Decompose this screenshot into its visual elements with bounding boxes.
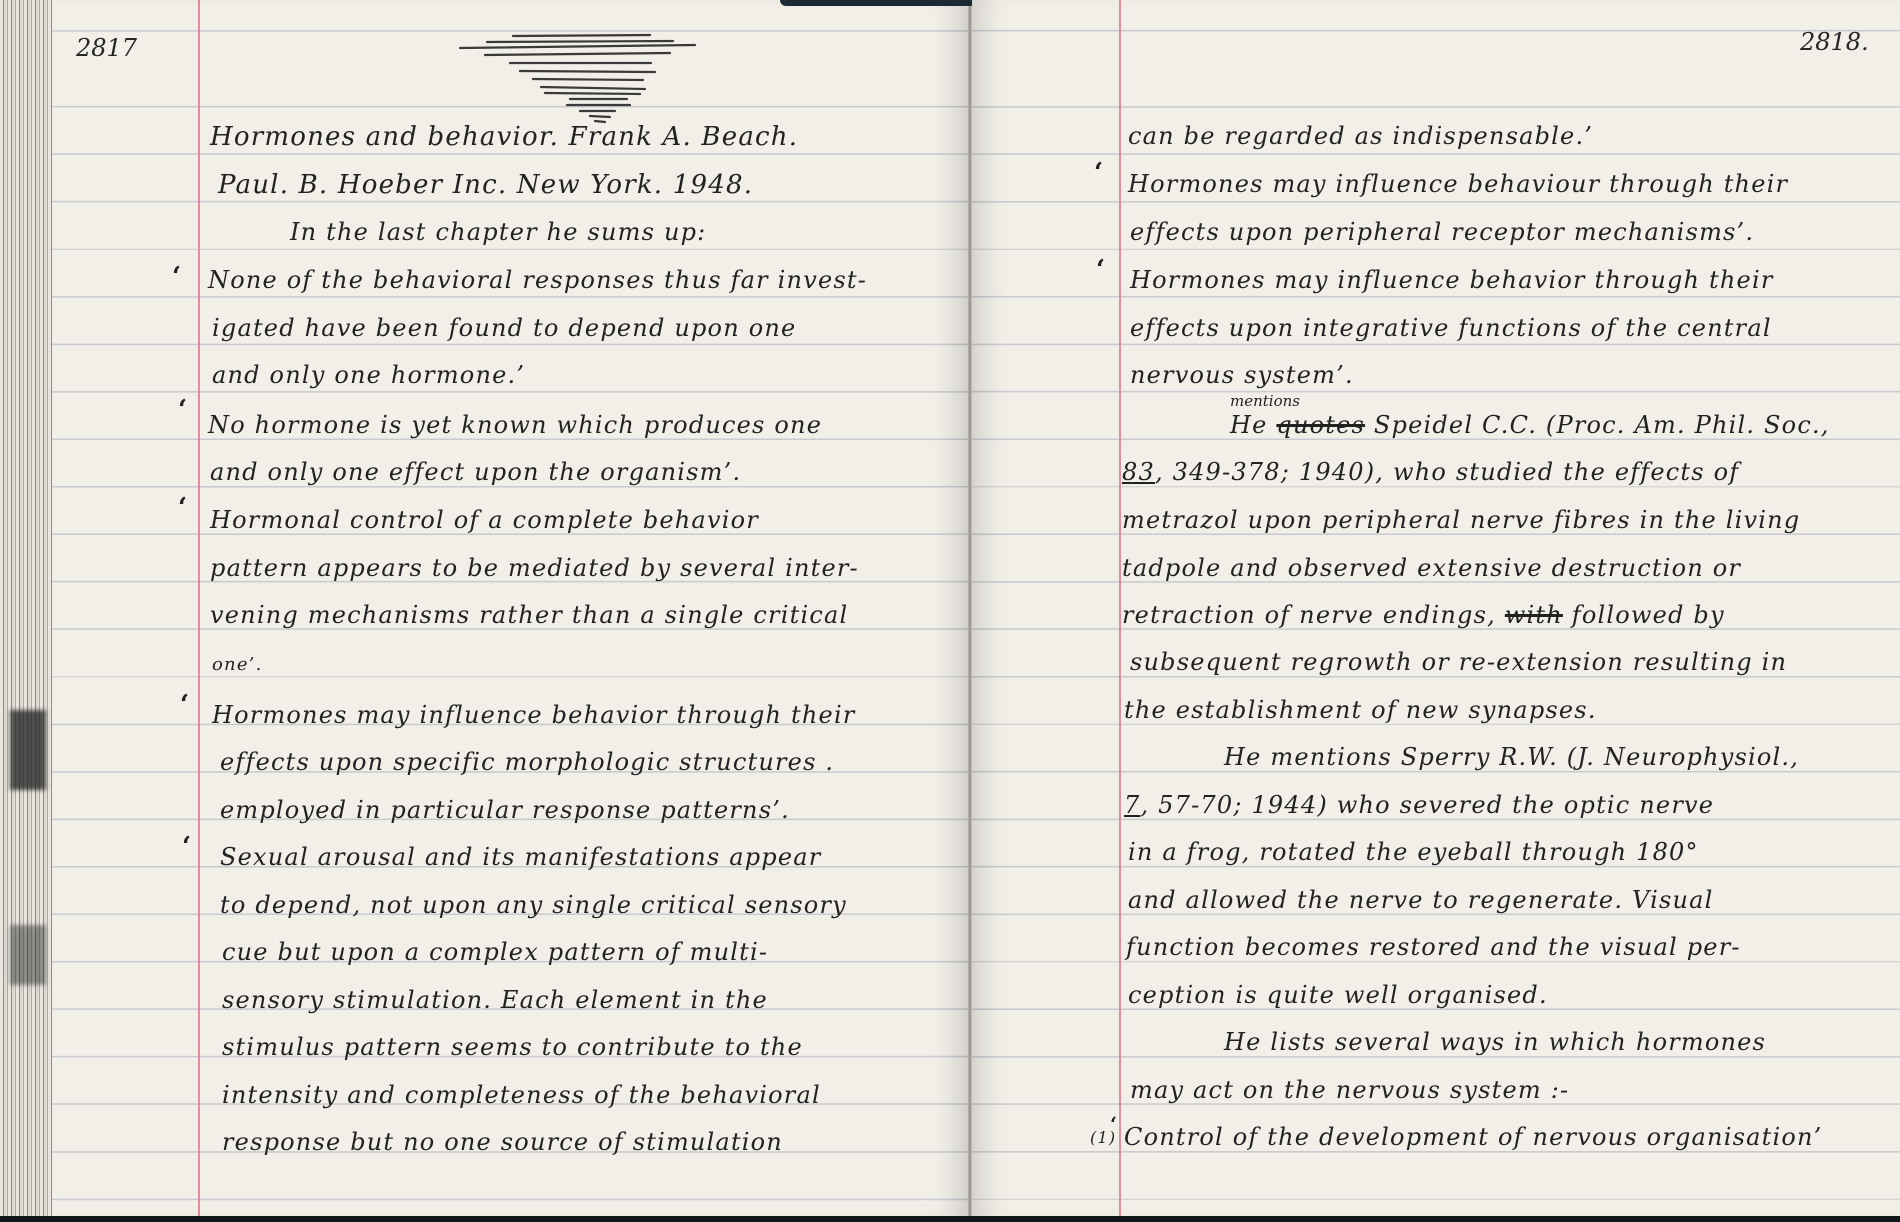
text-line: Hormonal control of a complete behavior	[210, 508, 759, 532]
text-line: In the last chapter he sums up:	[290, 220, 706, 244]
text-line: one’.	[212, 656, 263, 674]
text-line: employed in particular response patterns…	[220, 798, 790, 822]
text-line: None of the behavioral responses thus fa…	[208, 268, 867, 292]
quote-mark: ‘	[1094, 158, 1103, 188]
text-line: and only one effect upon the organism’.	[210, 460, 741, 484]
struck-word: quotes	[1276, 411, 1365, 439]
quote-mark: ‘	[172, 262, 181, 292]
text-line: metrazol upon peripheral nerve fibres in…	[1122, 508, 1800, 532]
right-margin-line	[1119, 0, 1121, 1216]
text-line: retraction of nerve endings, with follow…	[1122, 603, 1725, 627]
text-line: He mentions Sperry R.W. (J. Neurophysiol…	[1224, 745, 1799, 769]
quote-mark: ‘	[182, 832, 191, 862]
book-bottom-edge	[0, 1216, 1900, 1222]
text-after: Speidel C.C. (Proc. Am. Phil. Soc.,	[1374, 411, 1830, 439]
text-line: sensory stimulation. Each element in the	[222, 988, 768, 1012]
text-line: stimulus pattern seems to contribute to …	[222, 1035, 803, 1059]
left-margin-line	[198, 0, 200, 1216]
ink-smudge	[10, 925, 46, 985]
text-line: in a frog, rotated the eyeball through 1…	[1128, 840, 1699, 864]
text-line: function becomes restored and the visual…	[1126, 935, 1741, 959]
text-line: cue but upon a complex pattern of multi-	[222, 940, 768, 964]
text-line: Sexual arousal and its manifestations ap…	[220, 845, 821, 869]
text-line: No hormone is yet known which produces o…	[208, 413, 822, 437]
quote-mark: ‘	[178, 493, 187, 523]
left-page-number: 2817	[76, 34, 137, 62]
quote-mark: ‘	[180, 690, 189, 720]
text-line: vening mechanisms rather than a single c…	[210, 603, 848, 627]
text-line: and allowed the nerve to regenerate. Vis…	[1128, 888, 1714, 912]
text-line: tadpole and observed extensive destructi…	[1122, 556, 1741, 580]
quote-mark: ‘	[1110, 1112, 1117, 1136]
text-before: He	[1230, 411, 1268, 439]
text-line: Hormones may influence behavior through …	[212, 703, 856, 727]
text-line: 83, 349-378; 1940), who studied the effe…	[1122, 460, 1739, 484]
text-line: may act on the nervous system :-	[1130, 1078, 1569, 1102]
text-line: and only one hormone.’	[212, 363, 525, 387]
text-line: Hormones may influence behaviour through…	[1128, 172, 1788, 196]
book-title-line: Hormones and behavior. Frank A. Beach.	[210, 124, 798, 150]
text-line: pattern appears to be mediated by severa…	[210, 556, 859, 580]
right-page-number: 2818.	[1800, 28, 1869, 56]
text-line: intensity and completeness of the behavi…	[222, 1083, 821, 1107]
text-after: followed by	[1572, 601, 1725, 629]
text-line: He lists several ways in which hormones	[1224, 1030, 1766, 1054]
text-line: ception is quite well organised.	[1128, 983, 1548, 1007]
text-before: retraction of nerve endings,	[1122, 601, 1496, 629]
insertion-mark: mentions	[1230, 392, 1300, 410]
text-line: the establishment of new synapses.	[1124, 698, 1597, 722]
text-line: response but no one source of stimulatio…	[222, 1130, 783, 1154]
ornament-icon	[455, 32, 705, 127]
text-line: can be regarded as indispensable.’	[1128, 124, 1593, 148]
ink-smudge	[10, 710, 46, 790]
text-line: igated have been found to depend upon on…	[212, 316, 796, 340]
text-line: Control of the development of nervous or…	[1124, 1125, 1822, 1149]
publisher-line: Paul. B. Hoeber Inc. New York. 1948.	[218, 172, 753, 198]
quote-mark: ‘	[1096, 255, 1105, 285]
text-line: 7, 57-70; 1944) who severed the optic ne…	[1124, 793, 1714, 817]
struck-word: with	[1505, 601, 1563, 629]
text-line: Hormones may influence behavior through …	[1130, 268, 1774, 292]
text-line: He quotes Speidel C.C. (Proc. Am. Phil. …	[1230, 413, 1830, 437]
text-line: effects upon integrative functions of th…	[1130, 316, 1772, 340]
quote-mark: ‘	[178, 395, 187, 425]
page-edge-stack	[0, 0, 52, 1216]
volume-number: 83	[1122, 458, 1155, 486]
text-line: subsequent regrowth or re-extension resu…	[1130, 650, 1787, 674]
text-line: effects upon peripheral receptor mechani…	[1130, 220, 1754, 244]
text-line: effects upon specific morphologic struct…	[220, 750, 834, 774]
text-line: nervous system’.	[1130, 363, 1354, 387]
volume-number: 7	[1124, 791, 1140, 819]
text-line: to depend, not upon any single critical …	[220, 893, 847, 917]
open-notebook: 2817 Hormones and behavior. Frank A. Bea…	[0, 0, 1900, 1216]
